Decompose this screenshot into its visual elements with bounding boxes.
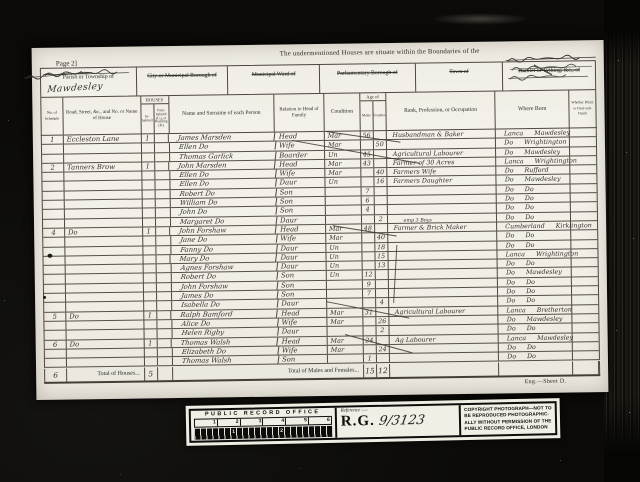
cell-uninhabited [157,339,172,348]
cell-inhabited: 1 [143,227,156,235]
cell-occupation-note: emp 3 Boys [404,219,432,224]
cell-age-female: 26 [376,317,389,325]
cell-uninhabited [155,171,170,180]
cell-name: Thomas Walsh [172,337,279,347]
cell-name: Elizabeth Do [172,346,279,356]
header-age-group: Age of Males Females [360,93,387,130]
cell-uninhabited [157,292,172,301]
cell-condition: Mar [327,308,363,317]
cell-address [66,293,144,302]
total-males-value: 15 [364,364,377,377]
cell-age-male [362,215,375,223]
ruler-inch-number: 2 [218,419,241,426]
cell-uninhabited [154,143,169,152]
cell-uninhabited [156,246,171,255]
cell-occupation-main: Ag Labourer [395,336,435,344]
reference-box: Reference :— R.G. 9/3123 [336,405,461,438]
cell-where-born: Do Do [499,352,573,361]
cell-inhabited [144,348,157,356]
header-road: Road, Street, &c., and No. or Name of Ho… [63,96,141,134]
cell-inhabited [143,246,156,254]
cell-age-male [364,345,377,353]
ruler-cm-scale: 12 [194,426,332,440]
cell-uninhabited [157,357,172,366]
cell-inhabited [142,199,155,207]
cell-inhabited [143,218,156,226]
cell-where-born: Do Rufford [497,166,571,175]
copyright-notice: COPYRIGHT PHOTOGRAPH—NOT TOBE REPRODUCED… [461,403,555,435]
cell-address: Do [66,311,144,320]
cell-condition: Un [327,262,363,271]
cell-occupation [390,353,500,363]
header-males: Males [360,101,373,130]
cell-infirmity [572,305,598,314]
cell-infirmity [571,212,597,221]
cell-schedule-number: 1 [42,136,64,145]
cell-age-female [376,289,389,297]
cell-age-female: 4 [376,298,389,306]
cell-age-male [363,317,376,325]
cell-schedule-number [45,331,67,340]
cell-where-born: Do Do [498,240,572,249]
cell-condition [326,196,362,205]
cell-schedule-number [42,173,64,182]
cell-schedule-number [42,182,64,191]
cell-uninhabited [155,153,170,162]
cell-schedule-number [44,294,66,303]
ruler-inch-number: 3 [240,418,263,425]
cell-condition [327,280,363,289]
cell-age-female [376,271,389,279]
cell-occupation [388,232,498,242]
cell-occupation-main: Farmer & Brick Maker [394,224,467,232]
cell-uninhabited [157,320,172,329]
reference-series: R.G. [341,413,375,431]
cell-uninhabited [155,190,170,199]
cell-inhabited: 1 [141,134,154,142]
cell-age-female: 13 [375,261,388,269]
cell-name: John Marsden [169,161,276,171]
cell-where-born: Do Do [498,259,572,268]
cell-age-male [363,326,376,334]
cell-schedule-number: 4 [43,229,65,238]
cell-name: John Forshaw [171,281,278,291]
cell-uninhabited [157,311,172,320]
cell-infirmity [570,156,596,165]
cell-name: Ralph Bamford [171,309,278,319]
cell-address [65,209,143,218]
cell-relation: Wife [275,169,325,178]
header-name: Name and Surname of each Person [169,95,275,133]
district-label: City or Municipal Borough of [147,72,217,79]
cell-age-female [375,205,388,213]
cell-occupation: Agricultural Labourer [389,306,499,316]
cell-where-born: Lanca Wrightington [498,249,572,258]
cell-schedule-number [42,154,64,163]
cell-uninhabited [156,255,171,264]
cell-relation: Son [277,281,327,290]
cell-age-male [363,299,376,307]
cell-age-female: 2 [375,215,388,223]
cell-name: Helen Rigby [172,328,279,338]
cell-where-born: Do Do [499,324,573,333]
cell-relation: Head [275,160,325,169]
cell-relation: Wife [278,318,328,327]
cell-where-born: Do Do [498,296,572,305]
cell-infirmity [572,295,598,304]
cell-infirmity [571,203,597,212]
cell-occupation [388,260,498,270]
header-uninhabited: Unin-habited (U.), or Building (B.) [154,104,168,133]
cell-schedule-number [43,201,65,210]
total-uninhabited [158,367,173,380]
pro-ruler: PUBLIC RECORD OFFICE 123456 12 [191,408,337,441]
cell-name: Jane Do [170,235,277,245]
cell-inhabited [144,292,157,300]
cell-infirmity [573,351,599,360]
cell-where-born: Cumberland Kirklington [497,221,571,230]
cell-occupation [387,195,497,205]
cell-condition: Un [326,243,362,252]
cell-schedule-number [44,321,66,330]
cell-condition [326,215,362,224]
header-females: Females [373,101,385,130]
header-schedule: No. of Schedule [41,98,63,135]
cell-address [64,181,142,190]
ruler-inch-number: 6 [309,417,331,424]
cell-address [65,218,143,227]
cell-inhabited [142,144,155,152]
cell-uninhabited [156,274,171,283]
cell-relation: Daur [276,243,326,252]
cell-occupation-main: Agricultural Labourer [395,308,465,316]
cell-address: Eccleston Lane [64,134,142,143]
cell-occupation-main: Farmers Daughter [393,178,452,186]
cell-address [65,246,143,255]
totals-blank-occ [390,363,500,378]
cell-infirmity [572,314,598,323]
cell-uninhabited [156,218,171,227]
cell-inhabited [142,171,155,179]
cell-schedule-number: 5 [44,312,66,321]
cell-condition: Un [326,252,362,261]
cell-address [66,320,144,329]
cell-name: Isabella Do [171,300,278,310]
cell-age-male: 9 [363,280,376,288]
cell-condition: Mar [326,234,362,243]
cell-relation: Daur [277,299,327,308]
cell-name: Margaret Do [170,216,277,226]
cell-inhabited [143,255,156,263]
cell-infirmity [570,128,596,137]
cell-address [66,274,144,283]
district-cell-hamlet: Hamlet or Tything, &c., of [503,61,595,90]
cell-where-born: Do Mawdesley [496,147,570,156]
cell-occupation [389,297,499,307]
cell-inhabited: 1 [144,339,157,347]
cell-occupation: Farmers Daughter [387,176,497,186]
cell-inhabited [142,190,155,198]
scan-speckles [0,0,1,1]
cell-age-male [361,178,374,186]
cell-schedule-number [45,359,67,368]
cell-infirmity [571,193,597,202]
cell-schedule-number [42,145,64,154]
pro-stamp: PUBLIC RECORD OFFICE 123456 12 Reference… [186,398,561,446]
cell-inhabited [143,274,156,282]
cell-occupation-main: Agricultural Labourer [393,150,463,158]
cell-inhabited [145,357,158,365]
header-houses-group: HOUSES In-habited Unin-habited (U.), or … [141,96,170,133]
cell-infirmity [571,240,597,249]
district-cell-town: Town of [415,62,503,91]
cell-address: Do [65,227,143,236]
ink-blot [47,254,52,258]
cell-name: Fanny Do [170,244,277,254]
cell-inhabited [142,181,155,189]
cell-relation: Daur [277,262,327,271]
cell-name: Mary Do [170,253,277,263]
total-schedules: 6 [45,369,67,382]
cell-relation: Head [275,132,325,141]
cell-age-male: 12 [363,271,376,279]
cell-inhabited: 1 [142,162,155,170]
cell-occupation: Ag Labourer [389,334,499,344]
district-label: Hamlet or Tything, &c., of [518,67,580,74]
district-label: Parliamentary Borough of [337,70,398,77]
header-inhabited: In-habited [141,104,154,133]
cell-occupation: Farmers Wife [387,167,497,177]
district-label: Town of [449,69,468,76]
cell-age-female: 2 [376,326,389,334]
ruler-bar-number: 1 [232,429,235,435]
cell-schedule-number [43,210,65,219]
cell-age-male: 6 [362,196,375,204]
cell-relation: Wife [278,346,328,355]
cell-address [66,265,144,274]
cell-age-female [374,187,387,195]
cell-name: Robert Do [171,272,278,282]
cell-age-male [362,252,375,260]
cell-inhabited [143,283,156,291]
cell-where-born: Do Do [498,287,572,296]
header-condition: Condition [324,93,360,130]
header-relation: Relation to Head of Family [274,94,324,132]
ruler-inch-number: 5 [286,417,309,424]
cell-schedule-number: 2 [42,163,64,172]
header-occupation: Rank, Profession, or Occupation [386,92,496,131]
cell-age-male [362,243,375,251]
cell-uninhabited [155,208,170,217]
cell-address [64,144,142,153]
header-infirmity: Whether Blind, or Deaf-and-Dumb [569,90,595,127]
cell-condition: Un [327,271,363,280]
cell-uninhabited [155,162,170,171]
cell-age-female: 15 [375,252,388,260]
sheet-label: Eng.—Sheet D. [525,379,567,386]
cell-occupation [389,288,499,298]
cell-occupation [388,204,498,214]
cell-address: Do [67,339,145,348]
cell-relation: Daur [277,253,327,262]
cell-age-female: 50 [374,140,387,148]
struck-out-handwriting [43,69,131,80]
cell-infirmity [573,342,599,351]
district-cell-ward: Municipal Ward of [228,65,320,94]
cell-relation: Daur [276,178,326,187]
cell-address [66,283,144,292]
cell-occupation: Agricultural Labourer [387,148,497,158]
cell-address [64,172,142,181]
cell-name: Robert Do [170,188,277,198]
cell-address [67,348,145,357]
totals-blank-infirm [573,361,599,374]
cell-uninhabited [155,199,170,208]
cell-schedule-number [43,219,65,228]
cell-condition [328,355,364,364]
cell-relation: Son [276,188,326,197]
cell-where-born: Do Wrightington [496,138,570,147]
district-label: Municipal Ward of [252,71,296,78]
cell-infirmity [571,221,597,230]
cell-age-female [375,224,388,232]
cell-address [65,200,143,209]
cell-relation: Daur [276,216,326,225]
cell-schedule-number: 6 [45,340,67,349]
cell-occupation: emp 3 BoysFarmer & Brick Maker [388,222,498,232]
cell-where-born: Do Do [497,203,571,212]
cell-occupation: Farmer of 30 Acres [387,157,497,167]
total-houses-label: Total of Houses... [67,367,145,381]
cell-where-born: Do Do [499,342,573,351]
cell-uninhabited [157,329,172,338]
ink-blot [43,296,46,299]
cell-relation: Son [277,271,327,280]
cell-age-male [361,141,374,149]
cell-uninhabited [157,348,172,357]
cell-relation: Son [278,355,328,364]
cell-infirmity [570,137,596,146]
cell-relation: Head [277,309,327,318]
cell-address [67,358,145,367]
cell-age-male: 7 [363,289,376,297]
cell-uninhabited [156,264,171,273]
cell-age-male: 4 [362,206,375,214]
cell-inhabited [142,153,155,161]
cell-name: Thomas Walsh [172,356,279,366]
cell-age-female [374,159,387,167]
scan-smudge [430,13,530,25]
cell-schedule-number [43,256,65,265]
ruler-inch-number: 1 [195,419,218,426]
cell-address [64,190,142,199]
cell-name: Ellen Do [169,179,276,189]
cell-inhabited [144,330,157,338]
ruler-bar-number: 2 [280,428,283,434]
cell-inhabited: 1 [144,311,157,319]
cell-schedule-number [44,303,66,312]
total-males-females-label: Total of Males and Females... [173,364,364,380]
cell-where-born: Do Do [498,231,572,240]
cell-where-born: Lanca Mawdesley [496,129,570,138]
cell-where-born: Do Do [497,194,571,203]
cell-where-born: Do Do [497,212,571,221]
cell-age-male: 43 [361,159,374,167]
cell-condition [326,187,362,196]
cell-where-born: Do Mawdesley [498,268,572,277]
cell-relation: Son [276,197,326,206]
cell-infirmity [571,230,597,239]
cell-condition: Mar [328,345,364,354]
cell-age-male: 1 [364,354,377,362]
totals-blank-born [499,361,573,375]
cell-occupation [388,269,498,279]
cell-infirmity [573,323,599,332]
cell-age-male [361,168,374,176]
cell-occupation-main: Husbandman & Baker [392,131,463,139]
cell-schedule-number [43,238,65,247]
cell-infirmity [573,333,599,342]
census-page: Page 2] The undermentioned Houses are si… [32,40,609,400]
cell-where-born: Lanca Bretherton [498,305,572,314]
cell-infirmity [571,184,597,193]
total-females-value: 12 [377,364,390,377]
cell-age-female [376,280,389,288]
header-where-born: Where Born [496,91,570,129]
cell-condition: Mar [325,159,361,168]
cell-schedule-number [44,266,66,275]
cell-uninhabited [156,227,171,236]
cell-occupation [389,278,499,288]
cell-age-male: 7 [361,187,374,195]
district-cell-borough: City or Municipal Borough of [137,66,229,95]
parish-name-handwritten: Mawdesley [47,82,104,96]
census-scan: Page 2] The undermentioned Houses are si… [0,0,640,482]
book-binding [604,0,640,482]
census-form: Page 2] The undermentioned Houses are si… [40,46,601,394]
cell-inhabited [143,237,156,245]
cell-age-female: 18 [375,243,388,251]
cell-infirmity [572,277,598,286]
cell-uninhabited [156,236,171,245]
cell-age-male [362,261,375,269]
cell-where-born: Do Do [498,277,572,286]
copyright-line: PUBLIC RECORD OFFICE, LONDON [464,424,552,432]
census-table-body: 1 Eccleston Lane 1 James Marsden Head Ma… [41,128,600,368]
cell-schedule-number [44,284,66,293]
cell-condition: Mar [327,317,363,326]
cell-infirmity [570,175,596,184]
cell-inhabited [143,264,156,272]
cell-occupation [387,139,497,149]
cell-age-female [374,196,387,204]
cell-relation: Son [276,206,326,215]
cell-relation: Boarder [275,151,325,160]
cell-where-born: Do Mawdesley [499,314,573,323]
cell-occupation [388,241,498,251]
cell-address [66,330,144,339]
district-cell-parl-borough: Parliamentary Borough of [320,64,416,93]
cell-infirmity [572,268,598,277]
cell-infirmity [572,286,598,295]
cell-inhabited [144,302,157,310]
cell-name: Ellen Do [169,142,276,152]
cell-schedule-number [44,275,66,284]
cell-infirmity [572,258,598,267]
cell-where-born: Do Mawdesley [497,175,571,184]
cell-occupation [388,250,498,260]
cell-occupation [387,185,497,195]
